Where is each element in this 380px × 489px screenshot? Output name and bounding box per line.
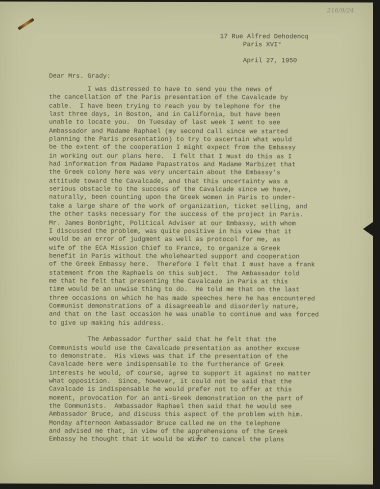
page-number: - 1 - [189, 434, 208, 441]
address-line-1: 17 Rue Alfred Dehodencq [220, 33, 309, 40]
page-edge-notch [363, 222, 373, 236]
body-line: The Ambassador further said that he felt… [49, 336, 319, 345]
body-line: to give up making his address. [49, 319, 319, 328]
body-line: Cavalcade is indispensable he would pref… [49, 386, 319, 395]
body-line: the cancellation of the Paris presentati… [49, 94, 319, 103]
body-line: of the Greek Embassy here. Therefore I f… [49, 261, 319, 270]
body-line: the other tasks necessary for the succes… [49, 211, 319, 220]
archive-annotation: 216/9/24 [327, 7, 354, 14]
salutation: Dear Mrs. Grady: [49, 73, 111, 80]
body-line: unable to locate you. On Tuesday of last… [49, 119, 319, 128]
letter-body: I was distressed to have to send you the… [49, 86, 319, 445]
body-line: and that on the last occasion he was una… [49, 311, 319, 320]
staple-mark [18, 18, 35, 30]
body-line: Embassy he thought that it would be wise… [49, 436, 319, 445]
letter-date: April 27, 1950 [243, 57, 297, 64]
body-line: would be an error of judgment as well as… [49, 236, 319, 245]
address-line-2: Paris XVI° [243, 41, 282, 48]
body-line: Cavalcade here were indispensable to the… [49, 361, 319, 370]
letter-page: 216/9/24 17 Rue Alfred Dehodencq Paris X… [0, 2, 373, 485]
body-line: time would be an unwise thing to do. He … [49, 286, 319, 295]
